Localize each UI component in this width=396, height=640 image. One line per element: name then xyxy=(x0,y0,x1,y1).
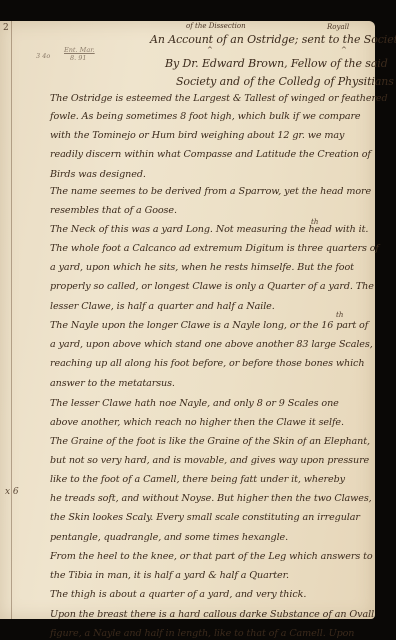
body-line: with the Tominejo or Hum bird weighing a… xyxy=(50,130,344,141)
margin-rule xyxy=(11,21,12,619)
page-number: 2 xyxy=(3,23,9,33)
insert-caret: ^ xyxy=(207,46,213,54)
body-line: The Neck of this was a yard Long. Not me… xyxy=(50,224,368,235)
body-line: resembles that of a Goose. xyxy=(50,205,177,216)
title-insert-right: Royall xyxy=(327,23,349,31)
margin-note-lower-left: x 6 xyxy=(5,487,19,497)
body-line: The thigh is about a quarter of a yard, … xyxy=(50,589,306,600)
margin-note-date: Ent. Mar. xyxy=(64,46,95,54)
body-line: The Graine of the foot is like the Grain… xyxy=(50,436,370,447)
insert-caret: ^ xyxy=(341,46,347,54)
body-line: he treads soft, and without Noyse. But h… xyxy=(50,493,372,504)
body-line: a yard, upon above which stand one above… xyxy=(50,339,373,350)
body-line: The Ostridge is esteemed the Largest & T… xyxy=(50,93,388,104)
body-line: the Skin lookes Scaly. Every small scale… xyxy=(50,512,360,523)
body-line: answer to the metatarsus. xyxy=(50,378,175,389)
manuscript-page: 2 3 4o Ent. Mar. 8. 91 x 6 of the Dissec… xyxy=(0,21,375,619)
body-line: The name seemes to be derived from a Spa… xyxy=(50,186,371,197)
body-line: The Nayle upon the longer Clawe is a Nay… xyxy=(50,320,368,331)
body-line: The whole foot a Calcanco ad extremum Di… xyxy=(50,243,379,254)
body-line: From the heel to the knee, or that part … xyxy=(50,551,373,562)
body-line: above another, which reach no higher the… xyxy=(50,417,344,428)
title-line-2: By Dr. Edward Brown, Fellow of the said xyxy=(165,57,388,70)
body-line: pentangle, quadrangle, and some times he… xyxy=(50,532,288,543)
body-line: but not so very hard, and is movable, an… xyxy=(50,455,369,466)
title-line-3: Society and of the Colledg of Physitians… xyxy=(176,75,396,88)
body-line: readily discern within what Compasse and… xyxy=(50,149,371,160)
body-line: the Tibia in man, it is half a yard & ha… xyxy=(50,570,289,581)
margin-note-date-sub: 8. 91 xyxy=(70,54,87,62)
title-insert: of the Dissection xyxy=(186,22,246,30)
body-line: reaching up all along his foot before, o… xyxy=(50,358,364,369)
body-line: The lesser Clawe hath noe Nayle, and onl… xyxy=(50,398,339,409)
title-line-1: An Account of an Ostridge; sent to the S… xyxy=(150,33,396,46)
margin-note-top-left: 3 4o xyxy=(36,52,50,60)
body-line: lesser Clawe, is half a quarter and half… xyxy=(50,301,275,312)
body-line: figure, a Nayle and half in length, like… xyxy=(50,628,354,639)
body-line: properly so called, or longest Clawe is … xyxy=(50,281,374,292)
body-line: fowle. As being sometimes 8 foot high, w… xyxy=(50,111,361,122)
superscript: th xyxy=(336,311,343,319)
body-line: a yard, upon which he sits, when he rest… xyxy=(50,262,354,273)
body-line: Birds was designed. xyxy=(50,169,146,180)
body-line: like to the foot of a Camell, there bein… xyxy=(50,474,345,485)
superscript: th xyxy=(311,218,318,226)
